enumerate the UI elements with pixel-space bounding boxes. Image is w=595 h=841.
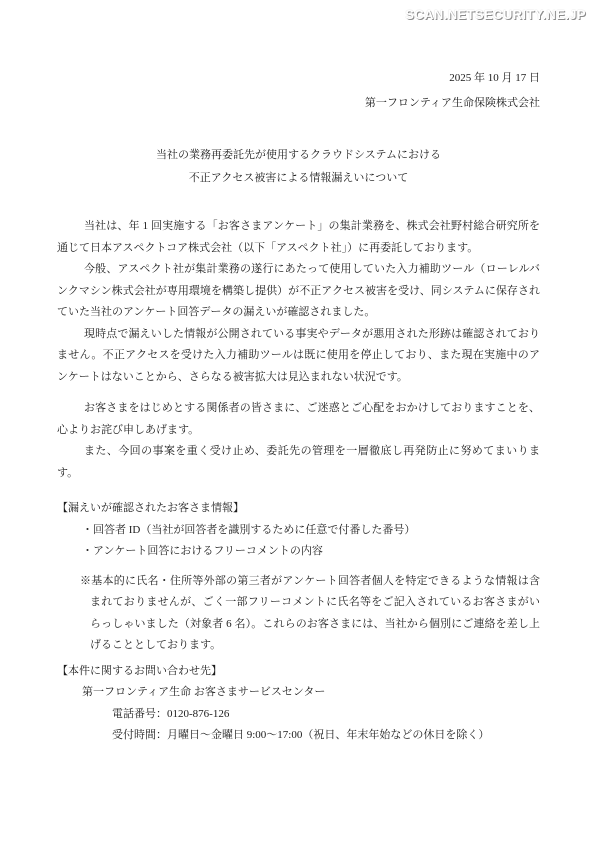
contact-center-name: 第一フロンティア生命 お客さまサービスセンター <box>82 682 540 704</box>
paragraph-prevention: また、今回の事案を重く受け止め、委託先の管理を一層徹底し再発防止に努めてまいりま… <box>57 441 540 484</box>
leaked-info-note: ※基本的に氏名・住所等外部の第三者がアンケート回答者個人を特定できるような情報は… <box>90 571 540 657</box>
company-name: 第一フロンティア生命保険株式会社 <box>57 91 540 116</box>
contact-section: 【本件に関するお問い合わせ先】 第一フロンティア生命 お客さまサービスセンター … <box>57 661 540 747</box>
leaked-item-respondent-id: ・回答者 ID（当社が回答者を識別するために任意で付番した番号） <box>82 520 540 542</box>
document-body: 当社は、年 1 回実施する「お客さまアンケート」の集計業務を、株式会社野村総合研… <box>57 216 540 484</box>
contact-business-hours: 受付時間：月曜日～金曜日 9:00～17:00（祝日、年末年始などの休日を除く） <box>112 725 540 747</box>
paragraph-damage-status: 現時点で漏えいした情報が公開されている事実やデータが悪用された形跡は確認されてお… <box>57 324 540 389</box>
leaked-info-section: 【漏えいが確認されたお客さま情報】 ・回答者 ID（当社が回答者を識別するために… <box>57 498 540 657</box>
paragraph-delegation: 当社は、年 1 回実施する「お客さまアンケート」の集計業務を、株式会社野村総合研… <box>57 216 540 259</box>
paragraph-incident: 今般、アスペクト社が集計業務の遂行にあたって使用していた入力補助ツール（ローレル… <box>57 259 540 324</box>
press-release-page: SCAN.NETSECURITY.NE.JP 2025 年 10 月 17 日 … <box>0 0 595 841</box>
release-date: 2025 年 10 月 17 日 <box>57 66 540 91</box>
title-line-1: 当社の業務再委託先が使用するクラウドシステムにおける <box>57 144 540 167</box>
paragraph-apology: お客さまをはじめとする関係者の皆さまに、ご迷惑とご心配をおかけしておりますことを… <box>57 398 540 441</box>
contact-heading: 【本件に関するお問い合わせ先】 <box>57 661 540 683</box>
contact-phone-number: 電話番号：0120-876-126 <box>112 704 540 726</box>
document-title: 当社の業務再委託先が使用するクラウドシステムにおける 不正アクセス被害による情報… <box>57 144 540 190</box>
leaked-item-free-comment: ・アンケート回答におけるフリーコメントの内容 <box>82 541 540 563</box>
leaked-info-heading: 【漏えいが確認されたお客さま情報】 <box>57 498 540 520</box>
watermark-text: SCAN.NETSECURITY.NE.JP <box>405 4 586 26</box>
title-line-2: 不正アクセス被害による情報漏えいについて <box>57 167 540 190</box>
